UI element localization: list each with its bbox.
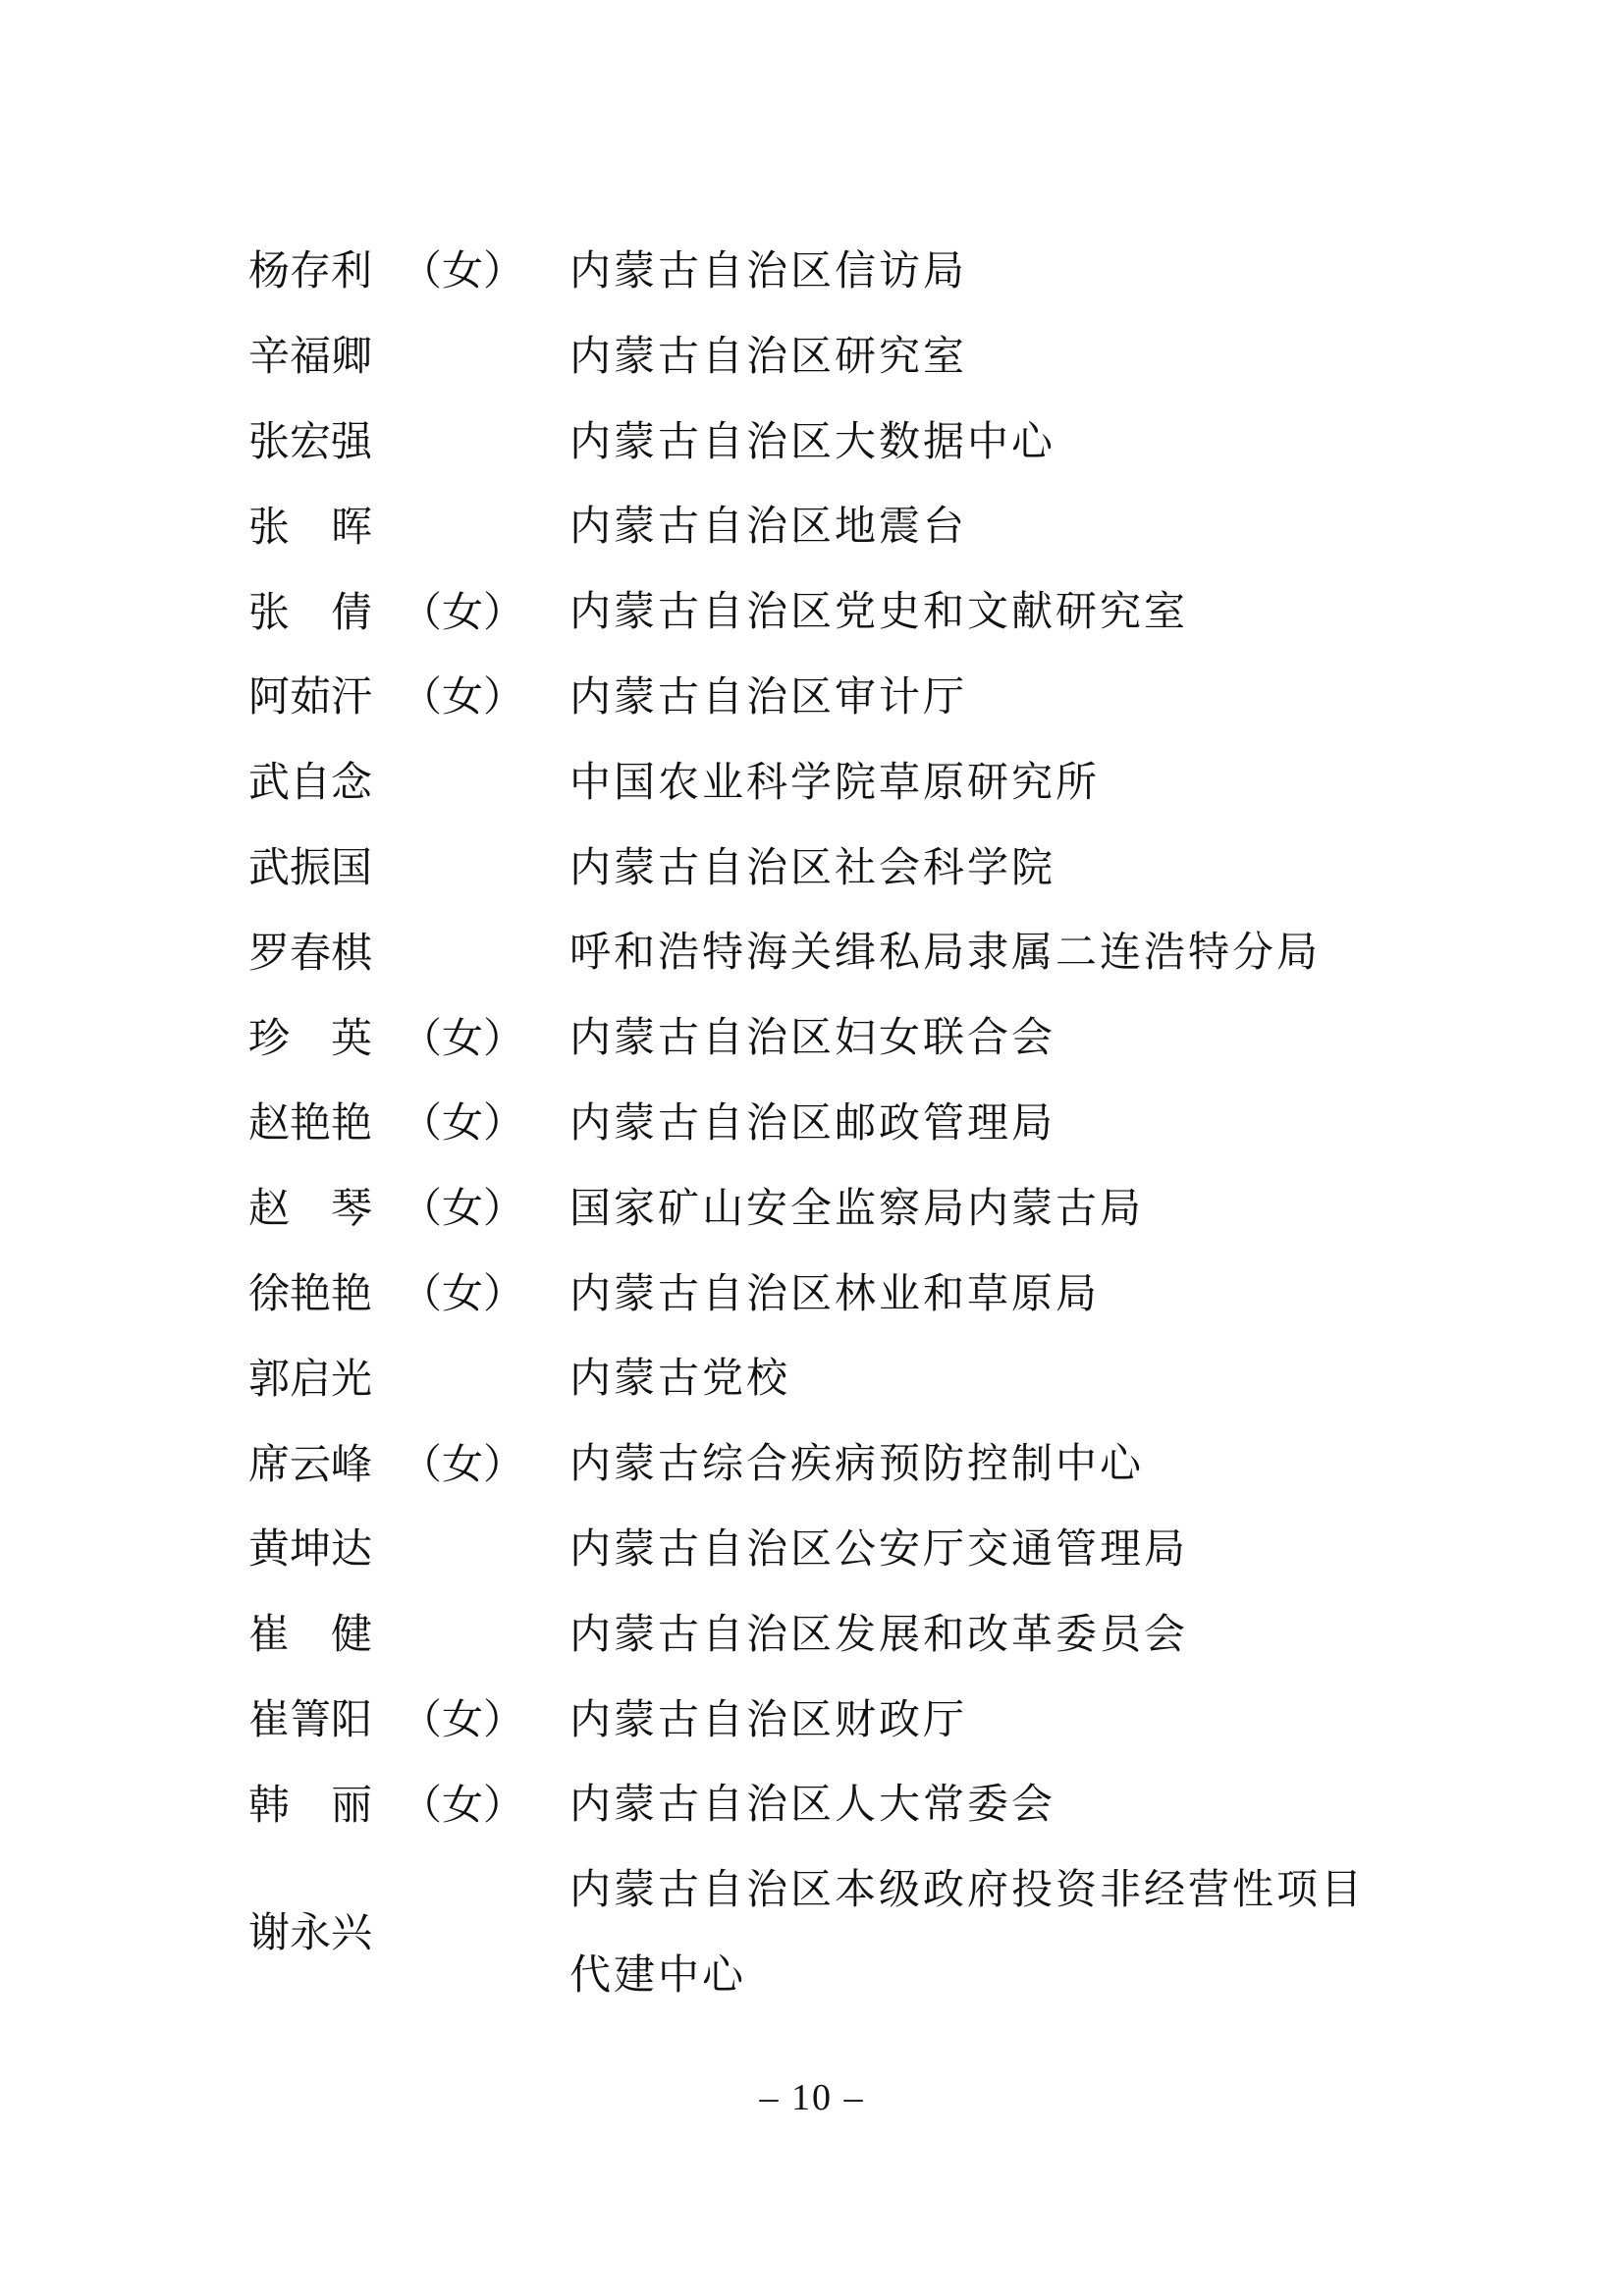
organization-name: 内蒙古自治区地震台 xyxy=(569,485,1390,570)
organization-name: 内蒙古自治区人大常委会 xyxy=(569,1763,1390,1848)
gender-label: （女） xyxy=(401,1445,569,1486)
list-item: 韩 丽 （女） 内蒙古自治区人大常委会 xyxy=(248,1763,1565,1848)
organization-name: 内蒙古自治区党史和文献研究室 xyxy=(569,570,1390,656)
person-name: 郭启光 xyxy=(248,1360,401,1401)
list-item: 赵 琴 （女） 国家矿山安全监察局内蒙古局 xyxy=(248,1167,1565,1253)
person-name: 赵艳艳 xyxy=(248,1103,401,1145)
gender-label: （女） xyxy=(401,251,569,293)
organization-name: 内蒙古自治区社会科学院 xyxy=(569,827,1390,912)
gender-label: （女） xyxy=(401,1189,569,1230)
person-name: 罗春棋 xyxy=(248,934,401,975)
recipients-list: 杨存利 （女） 内蒙古自治区信访局 辛福卿 内蒙古自治区研究室 张宏强 内蒙古自… xyxy=(248,230,1565,2019)
person-name: 张 晖 xyxy=(248,507,401,549)
person-name: 崔箐阳 xyxy=(248,1700,401,1741)
person-name: 杨存利 xyxy=(248,251,401,293)
list-item: 崔 健 内蒙古自治区发展和改革委员会 xyxy=(248,1593,1565,1679)
gender-label: （女） xyxy=(401,1019,569,1060)
list-item: 崔箐阳 （女） 内蒙古自治区财政厅 xyxy=(248,1679,1565,1764)
organization-name: 内蒙古自治区信访局 xyxy=(569,230,1390,315)
person-name: 赵 琴 xyxy=(248,1189,401,1230)
organization-name: 内蒙古自治区本级政府投资非经营性项目代建中心 xyxy=(569,1848,1390,2019)
organization-name: 呼和浩特海关缉私局隶属二连浩特分局 xyxy=(569,911,1390,996)
gender-label: （女） xyxy=(401,677,569,719)
list-item: 珍 英 （女） 内蒙古自治区妇女联合会 xyxy=(248,996,1565,1082)
list-item: 张 倩 （女） 内蒙古自治区党史和文献研究室 xyxy=(248,570,1565,656)
person-name: 珍 英 xyxy=(248,1019,401,1060)
organization-name: 内蒙古自治区公安厅交通管理局 xyxy=(569,1508,1390,1593)
gender-label: （女） xyxy=(401,1103,569,1145)
list-item: 谢永兴 内蒙古自治区本级政府投资非经营性项目代建中心 xyxy=(248,1848,1565,2019)
list-item: 杨存利 （女） 内蒙古自治区信访局 xyxy=(248,230,1565,315)
person-name: 谢永兴 xyxy=(248,1913,401,1954)
list-item: 郭启光 内蒙古党校 xyxy=(248,1337,1565,1422)
person-name: 席云峰 xyxy=(248,1445,401,1486)
list-item: 罗春棋 呼和浩特海关缉私局隶属二连浩特分局 xyxy=(248,911,1565,996)
organization-name: 中国农业科学院草原研究所 xyxy=(569,741,1390,827)
person-name: 辛福卿 xyxy=(248,337,401,378)
list-item: 黄坤达 内蒙古自治区公安厅交通管理局 xyxy=(248,1508,1565,1593)
organization-name: 内蒙古自治区邮政管理局 xyxy=(569,1082,1390,1167)
organization-name: 内蒙古自治区大数据中心 xyxy=(569,400,1390,486)
person-name: 武振国 xyxy=(248,848,401,889)
person-name: 黄坤达 xyxy=(248,1529,401,1571)
gender-label: （女） xyxy=(401,1274,569,1315)
gender-label: （女） xyxy=(401,1786,569,1827)
list-item: 武振国 内蒙古自治区社会科学院 xyxy=(248,827,1565,912)
list-item: 武自念 中国农业科学院草原研究所 xyxy=(248,741,1565,827)
list-item: 张 晖 内蒙古自治区地震台 xyxy=(248,485,1565,570)
organization-name: 内蒙古自治区发展和改革委员会 xyxy=(569,1593,1390,1679)
organization-name: 内蒙古自治区研究室 xyxy=(569,315,1390,400)
list-item: 席云峰 （女） 内蒙古综合疾病预防控制中心 xyxy=(248,1422,1565,1508)
person-name: 阿茹汗 xyxy=(248,677,401,719)
list-item: 徐艳艳 （女） 内蒙古自治区林业和草原局 xyxy=(248,1253,1565,1338)
person-name: 韩 丽 xyxy=(248,1786,401,1827)
gender-label: （女） xyxy=(401,1700,569,1741)
organization-name: 内蒙古自治区妇女联合会 xyxy=(569,996,1390,1082)
person-name: 张 倩 xyxy=(248,593,401,634)
organization-name: 国家矿山安全监察局内蒙古局 xyxy=(569,1167,1390,1253)
list-item: 张宏强 内蒙古自治区大数据中心 xyxy=(248,400,1565,486)
organization-name: 内蒙古自治区审计厅 xyxy=(569,656,1390,741)
organization-name: 内蒙古自治区林业和草原局 xyxy=(569,1253,1390,1338)
person-name: 徐艳艳 xyxy=(248,1274,401,1315)
document-page: 杨存利 （女） 内蒙古自治区信访局 辛福卿 内蒙古自治区研究室 张宏强 内蒙古自… xyxy=(0,0,1624,2296)
organization-name: 内蒙古自治区财政厅 xyxy=(569,1679,1390,1764)
organization-name: 内蒙古党校 xyxy=(569,1337,1390,1422)
person-name: 张宏强 xyxy=(248,422,401,463)
person-name: 武自念 xyxy=(248,763,401,804)
organization-name: 内蒙古综合疾病预防控制中心 xyxy=(569,1422,1390,1508)
gender-label: （女） xyxy=(401,593,569,634)
list-item: 辛福卿 内蒙古自治区研究室 xyxy=(248,315,1565,400)
list-item: 赵艳艳 （女） 内蒙古自治区邮政管理局 xyxy=(248,1082,1565,1167)
person-name: 崔 健 xyxy=(248,1615,401,1656)
list-item: 阿茹汗 （女） 内蒙古自治区审计厅 xyxy=(248,656,1565,741)
page-number: – 10 – xyxy=(0,2079,1624,2116)
